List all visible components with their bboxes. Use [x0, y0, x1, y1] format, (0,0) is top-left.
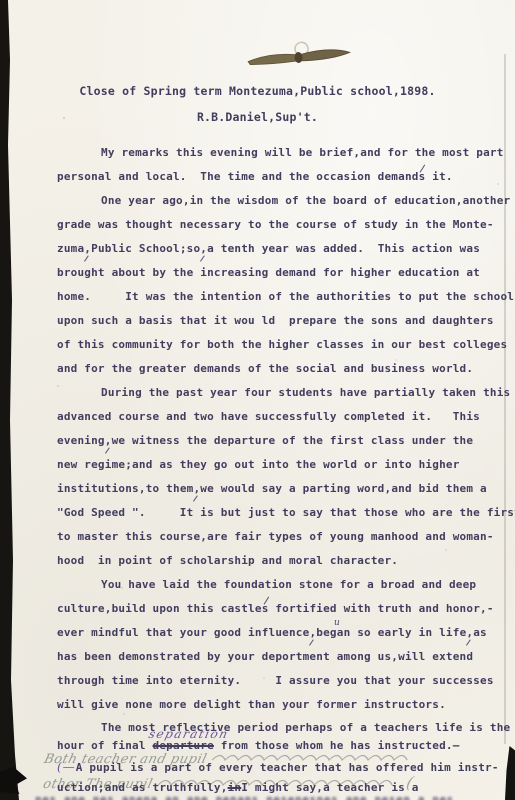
typed-text: we witness the departure of the first cl… — [112, 434, 474, 447]
typed-text: nes ane,nes anena an ane nenans nesenesn… — [35, 793, 454, 800]
typed-text: beganu — [316, 626, 350, 639]
typed-line: has been demonstrated by your deportment… — [57, 650, 507, 674]
typed-text: During the past year four students have … — [101, 386, 510, 399]
typed-text: has been demonstrated by your deportment… — [57, 650, 473, 663]
smeared-text-line: nes ane,nes anena an ane nenans nesenesn… — [35, 793, 507, 800]
typed-text: new regime;and as they go out into the w… — [57, 458, 460, 471]
typed-line: advanced course and two have successfull… — [57, 410, 507, 434]
typed-text: a tenth year was added. This action was — [207, 242, 480, 255]
scanned-document-page: Close of Spring term Montezuma,Public sc… — [0, 0, 515, 800]
typed-text: Public School; — [91, 242, 187, 255]
typed-line: The most reflective period perhaps of a … — [57, 721, 507, 739]
dried-plant-stain — [238, 40, 360, 74]
typed-line: of this community for both the higher cl… — [57, 338, 507, 362]
typed-text: and for the greater demands of the socia… — [57, 362, 473, 375]
typed-line: new regime;and as they go out into the w… — [57, 458, 507, 482]
typed-line: upon such a basis that it wou ld prepare… — [57, 314, 507, 338]
document-footer-block: The most reflective period perhaps of a … — [57, 721, 507, 800]
typed-text: it. — [425, 170, 452, 183]
typed-text: upon such a basis that it wou ld prepare… — [57, 314, 494, 327]
typed-line: My remarks this evening will be brief,an… — [57, 146, 507, 170]
typed-text: them, — [166, 482, 200, 495]
typed-line: evening,we witness the departure of the … — [57, 434, 507, 458]
typed-text: so early in — [350, 626, 439, 639]
typed-line: will give none more delight than your fo… — [57, 698, 507, 722]
typed-line: zuma,Public School;so,a tenth year was a… — [57, 242, 507, 266]
typed-text: grade was thought necessary to the cours… — [57, 218, 494, 231]
typed-line: grade was thought necessary to the cours… — [57, 218, 507, 242]
typed-line: brought about by the increasing demand f… — [57, 266, 507, 290]
typed-text: so, — [187, 242, 207, 255]
typed-line: and for the greater demands of the socia… — [57, 362, 507, 386]
typed-text: My remarks this evening will be brief,an… — [101, 146, 504, 159]
typed-line: hood in point of scholarship and moral c… — [57, 554, 507, 578]
typed-text: evening, — [57, 434, 112, 447]
typed-line: One year ago,in the wisdom of the board … — [57, 194, 507, 218]
ink-correction-mark: u — [334, 618, 340, 628]
stain-left-wing — [248, 54, 296, 65]
typed-text: advanced course and two have successfull… — [57, 410, 480, 423]
typed-line: "God Speed ". It is but just to say that… — [57, 506, 507, 530]
typed-text: to master this course,are fair types of … — [57, 530, 494, 543]
handwritten-correction: separation — [147, 727, 230, 741]
typed-text: home. It was the intention of the author… — [57, 290, 514, 303]
typed-line: to master this course,are fair types of … — [57, 530, 507, 554]
typed-text: as — [473, 626, 487, 639]
typed-text: hood in point of scholarship and moral c… — [57, 554, 398, 567]
typed-text: One year ago,in the wisdom of the board … — [101, 194, 510, 207]
typed-text: fortified with truth and honor,- — [269, 602, 494, 615]
typed-text: brought about by the increasing demand f… — [57, 266, 480, 279]
typed-text: we would say a parting word,and bid them… — [200, 482, 487, 495]
typed-text: of this community for both the higher cl… — [57, 338, 507, 351]
typed-text: hour of final — [57, 739, 153, 752]
typed-line: institutions,to them,we would say a part… — [57, 482, 507, 506]
typed-line: culture,build upon this castles fortifie… — [57, 602, 507, 626]
document-author: R.B.Daniel,Sup't. — [0, 110, 515, 124]
typed-text: personal and local. The time and the occ… — [57, 170, 419, 183]
typed-text: through time into eternity. I assure you… — [57, 674, 494, 687]
typed-text: institutions,to — [57, 482, 166, 495]
typed-text: s — [419, 170, 426, 183]
typed-text: zuma, — [57, 242, 91, 255]
typed-text: from those whom he has instructed.— — [214, 739, 460, 752]
typed-text: life, — [439, 626, 473, 639]
typed-text: culture,build upon this castle — [57, 602, 262, 615]
document-body: My remarks this evening will be brief,an… — [57, 146, 507, 722]
typed-text: You have laid the foundation stone for a… — [101, 578, 476, 591]
typed-line: During the past year four students have … — [57, 386, 507, 410]
typed-text: s — [262, 602, 269, 615]
typed-text: influence, — [248, 626, 316, 639]
handwritten-ink: (— — [57, 760, 76, 774]
struck-word: departureseparation — [153, 739, 214, 752]
typed-line: You have laid the foundation stone for a… — [57, 578, 507, 602]
typed-line: home. It was the intention of the author… — [57, 290, 507, 314]
typed-line: through time into eternity. I assure you… — [57, 674, 507, 698]
typed-text: "God Speed ". It is but just to say that… — [57, 506, 515, 519]
document-title: Close of Spring term Montezuma,Public sc… — [0, 84, 515, 98]
typed-text: ever mindful that your good — [57, 626, 248, 639]
typed-text: will give none more delight than your fo… — [57, 698, 446, 711]
typed-line: personal and local. The time and the occ… — [57, 170, 507, 194]
typed-line: ever mindful that your good influence,be… — [57, 626, 507, 650]
scan-mark-bottom-left — [0, 767, 27, 794]
